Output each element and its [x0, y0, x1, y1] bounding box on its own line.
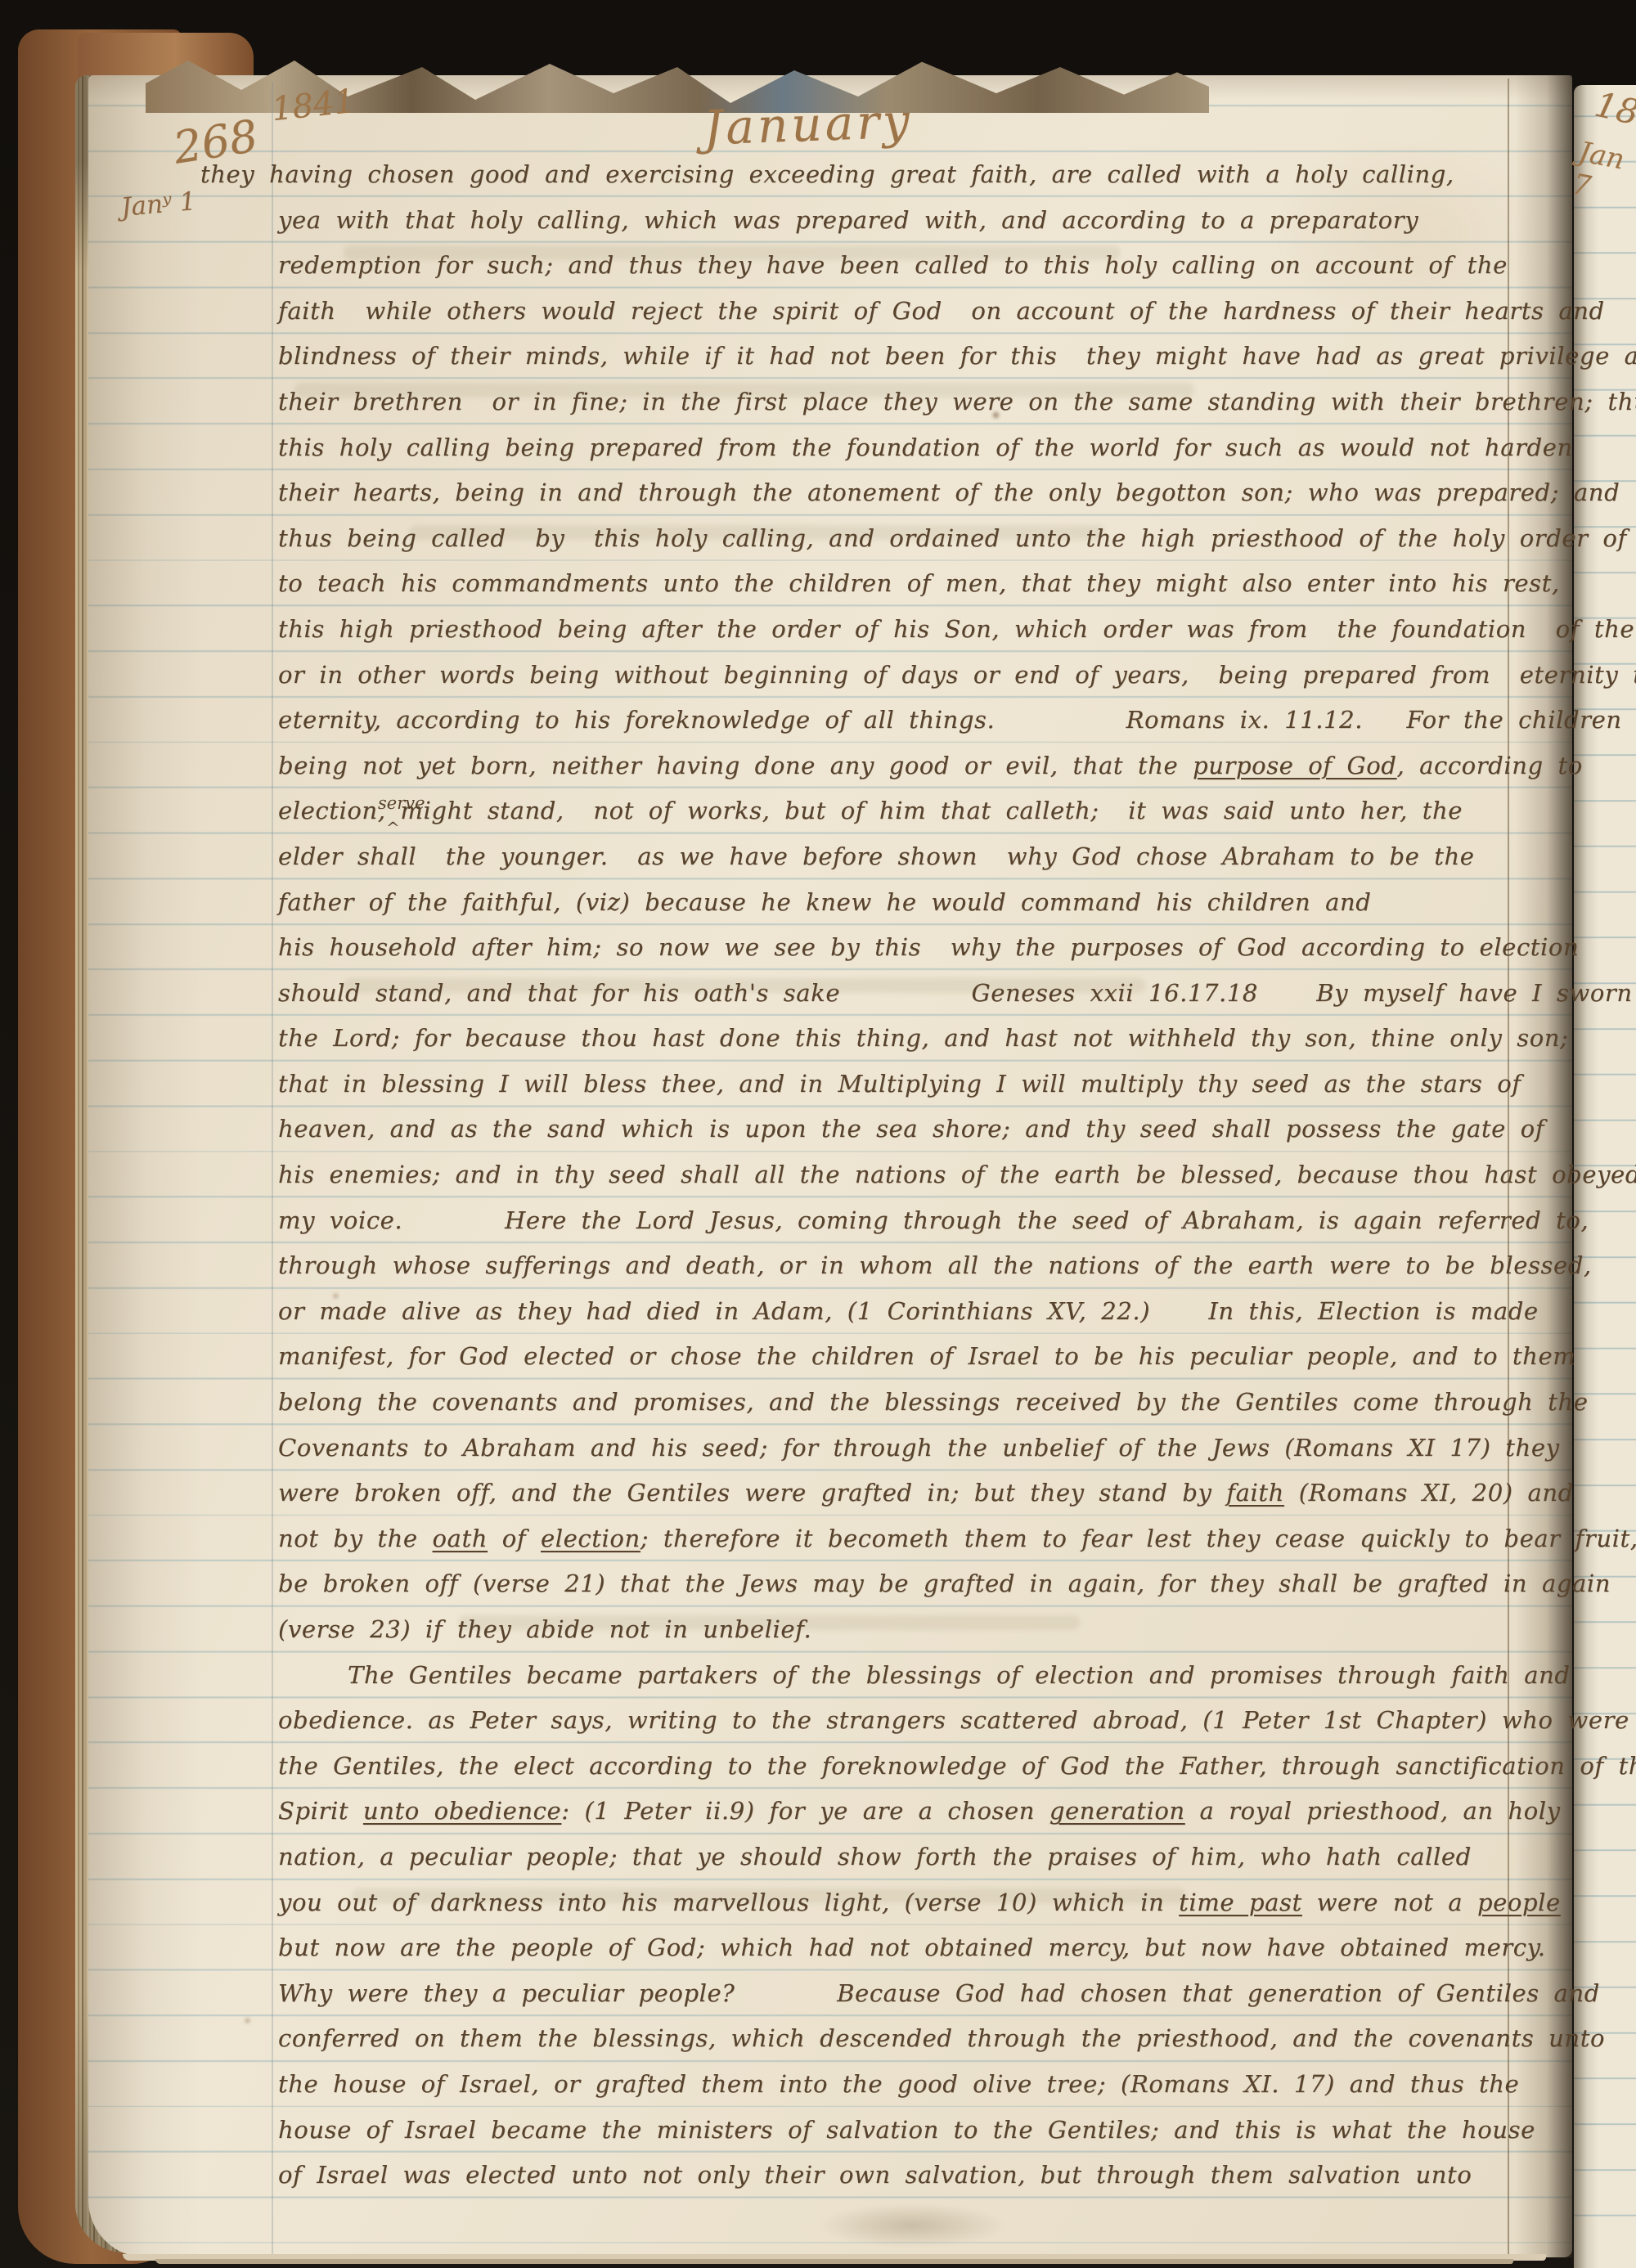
- manuscript-line: the house of Israel, or grafted them int…: [0, 2062, 1636, 2108]
- manuscript-line: The Gentiles became partakers of the ble…: [0, 1653, 1636, 1699]
- insertion-caret: ^: [386, 818, 400, 838]
- ink-smudge: [818, 2203, 1006, 2248]
- manuscript-line: conferred on them the blessings, which d…: [0, 2016, 1636, 2062]
- manuscript-line: eternity, according to his foreknowledge…: [0, 698, 1636, 743]
- manuscript-line: belong the covenants and promises, and t…: [0, 1380, 1636, 1426]
- manuscript-line: the Gentiles, the elect according to the…: [0, 1744, 1636, 1790]
- manuscript-line: to teach his commandments unto the child…: [0, 561, 1636, 607]
- manuscript-line: the Lord; for because thou hast done thi…: [0, 1016, 1636, 1062]
- manuscript-line: should stand, and that for his oath's sa…: [0, 971, 1636, 1017]
- manuscript-line: his household after him; so now we see b…: [0, 925, 1636, 971]
- manuscript-line: this high priesthood being after the ord…: [0, 607, 1636, 653]
- interlinear-insertion: serve: [378, 793, 425, 813]
- manuscript-line: heaven, and as the sand which is upon th…: [0, 1107, 1636, 1152]
- manuscript-text-block: they having chosen good and exercising e…: [0, 152, 1636, 2198]
- month-heading: January: [703, 93, 914, 156]
- manuscript-line: being not yet born, neither having done …: [0, 743, 1636, 789]
- manuscript-line: that in blessing I will bless thee, and …: [0, 1062, 1636, 1107]
- manuscript-line: redemption for such; and thus they have …: [0, 243, 1636, 289]
- manuscript-line: were broken off, and the Gentiles were g…: [0, 1471, 1636, 1516]
- manuscript-line: or made alive as they had died in Adam, …: [0, 1289, 1636, 1335]
- manuscript-line: Spirit unto obedience: (1 Peter ii.9) fo…: [0, 1789, 1636, 1835]
- under-page-edge: [155, 2259, 1513, 2264]
- manuscript-line: through whose sufferings and death, or i…: [0, 1243, 1636, 1289]
- manuscript-line: they having chosen good and exercising e…: [0, 152, 1636, 198]
- manuscript-line: his enemies; and in thy seed shall all t…: [0, 1152, 1636, 1198]
- manuscript-line: elder shall the younger. as we have befo…: [0, 834, 1636, 880]
- manuscript-line: yea with that holy calling, which was pr…: [0, 198, 1636, 244]
- manuscript-line: nation, a peculiar people; that ye shoul…: [0, 1835, 1636, 1880]
- manuscript-line: election, might stand, not of works, but…: [0, 788, 1636, 834]
- manuscript-line: be broken off (verse 21) that the Jews m…: [0, 1561, 1636, 1607]
- manuscript-line: my voice. Here the Lord Jesus, coming th…: [0, 1198, 1636, 1244]
- manuscript-line: (verse 23) if they abide not in unbelief…: [0, 1607, 1636, 1653]
- manuscript-line: thus being called by this holy calling, …: [0, 516, 1636, 562]
- manuscript-line: their brethren or in fine; in the first …: [0, 379, 1636, 425]
- manuscript-line: not by the oath of election; therefore i…: [0, 1516, 1636, 1562]
- manuscript-line: Why were they a peculiar people? Because…: [0, 1971, 1636, 2017]
- manuscript-line: but now are the people of God; which had…: [0, 1925, 1636, 1971]
- journal-photo: 268 1841 January Janʸ 1 they having chos…: [0, 0, 1636, 2268]
- manuscript-line: their hearts, being in and through the a…: [0, 470, 1636, 516]
- manuscript-line: Covenants to Abraham and his seed; for t…: [0, 1426, 1636, 1471]
- manuscript-line: father of the faithful, (viz) because he…: [0, 880, 1636, 926]
- manuscript-line: or in other words being without beginnin…: [0, 653, 1636, 698]
- manuscript-line: of Israel was elected unto not only thei…: [0, 2153, 1636, 2198]
- manuscript-line: this holy calling being prepared from th…: [0, 425, 1636, 471]
- manuscript-line: faith while others would reject the spir…: [0, 289, 1636, 335]
- manuscript-line: manifest, for God elected or chose the c…: [0, 1334, 1636, 1380]
- manuscript-line: house of Israel became the ministers of …: [0, 2108, 1636, 2153]
- facing-page-date-partial: Jan 7: [1570, 136, 1636, 212]
- manuscript-line: blindness of their minds, while if it ha…: [0, 334, 1636, 379]
- manuscript-line: you out of darkness into his marvellous …: [0, 1880, 1636, 1926]
- manuscript-line: obedience. as Peter says, writing to the…: [0, 1698, 1636, 1744]
